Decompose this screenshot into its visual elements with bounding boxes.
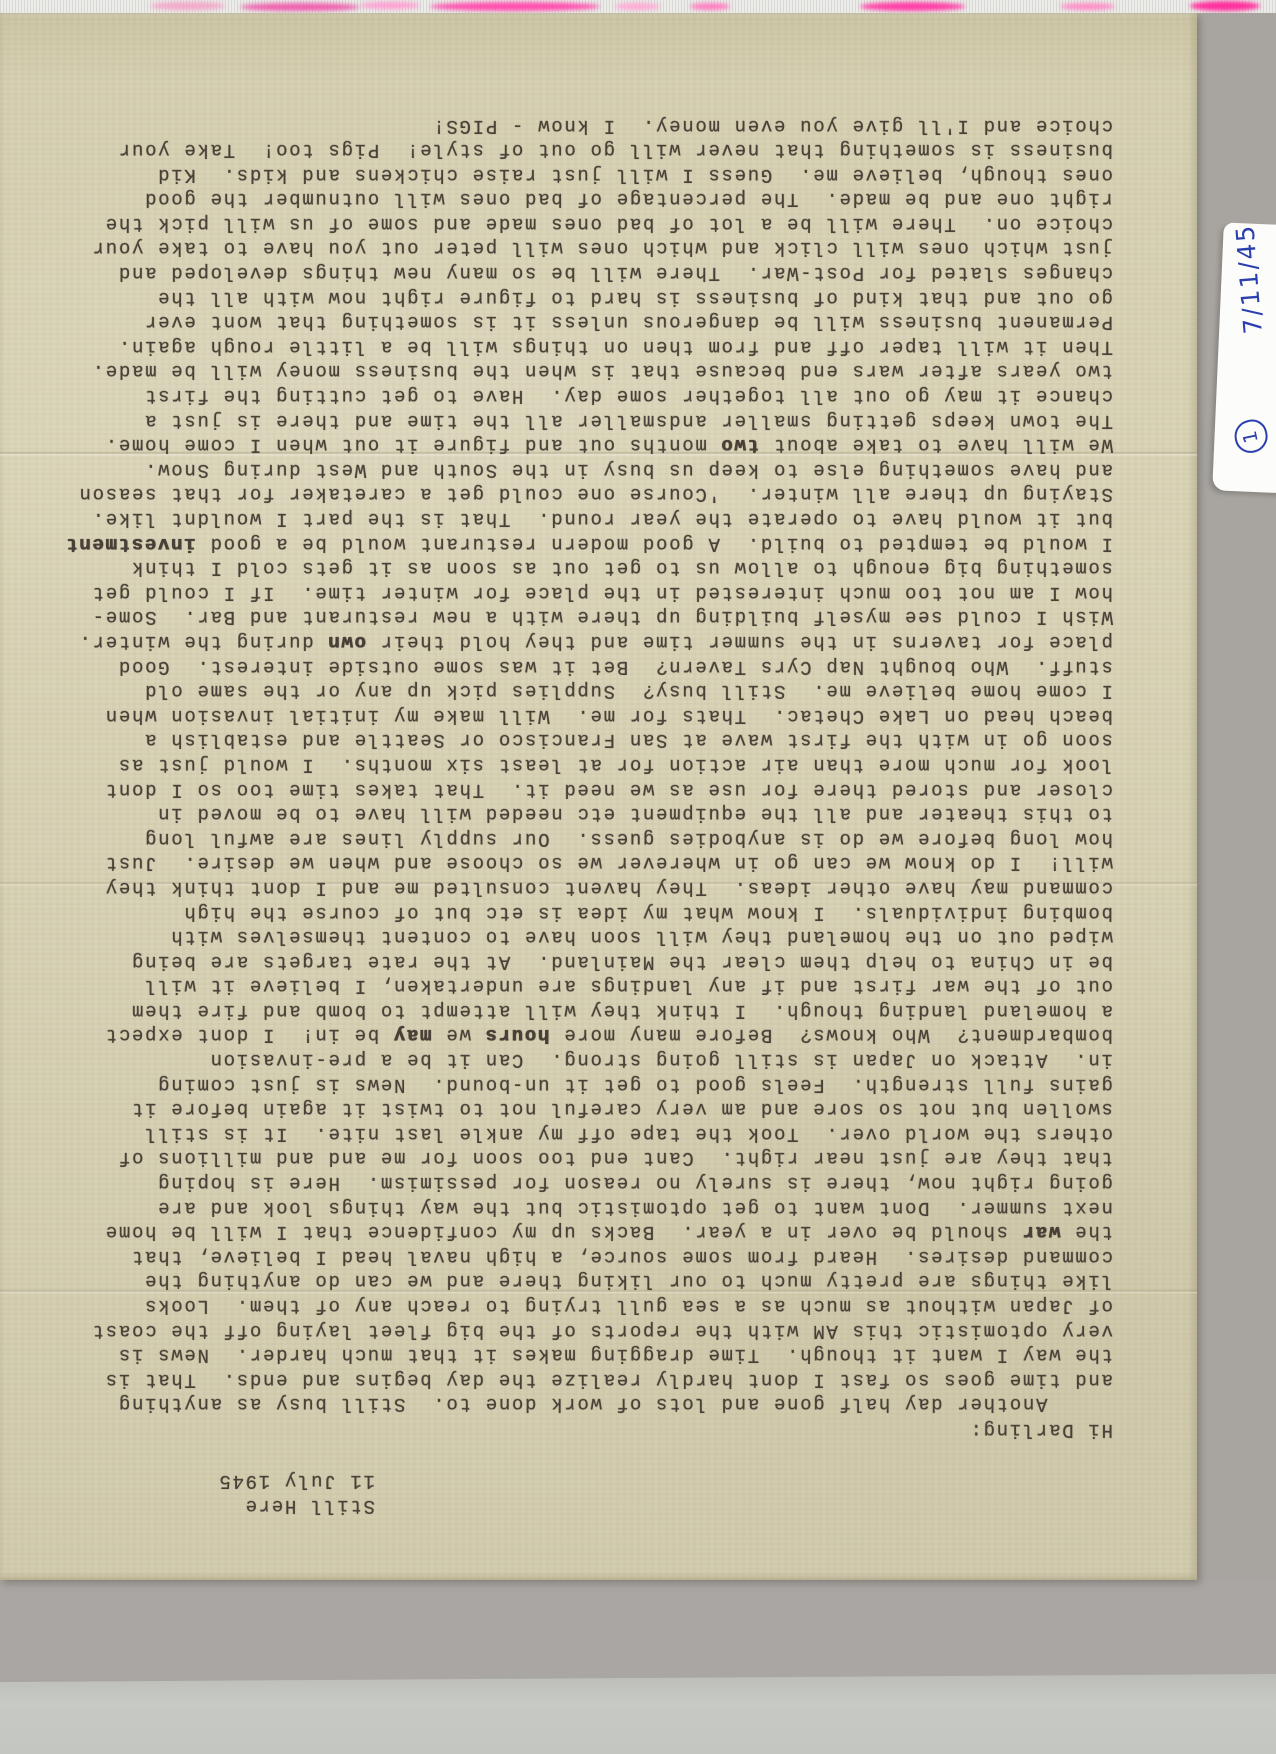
- letter-line: stuff. Who bought Nap Cyrs Tavern? Bet i…: [40, 654, 1113, 679]
- letter-line: The town keeps getting smaller andsmalle…: [40, 408, 1113, 433]
- letter-content-rotated: Still Here11 July 1945 Hi Darling: Anoth…: [0, 13, 1197, 1580]
- letter-line: going right now, there is surely no reas…: [40, 1170, 1113, 1195]
- letter-line: changes slated for Post-War. There will …: [40, 261, 1113, 286]
- letter-line: how long before we do is anybodies guess…: [40, 826, 1113, 851]
- letter-line: like things are pretty much to our likin…: [40, 1269, 1113, 1294]
- letter-line: and time goes so fast I dont hardly real…: [40, 1367, 1113, 1392]
- letter-line: beach head on Lake Chetac. Thats for me.…: [40, 703, 1113, 728]
- letter-line: Staying up there all winter. 'Course one…: [40, 482, 1113, 507]
- letter-salutation: Hi Darling:: [40, 1417, 1113, 1442]
- letter-text: Still Here11 July 1945 Hi Darling: Anoth…: [0, 113, 1197, 1580]
- letter-line: chance it may go out all together some d…: [40, 383, 1113, 408]
- scanner-bed-background: [0, 1580, 1276, 1680]
- letter-line: choice on. There will be a lot of bad on…: [40, 211, 1113, 236]
- letter-line: something big enough to allow us to get …: [40, 556, 1113, 581]
- page-number-digit: 1: [1239, 428, 1263, 444]
- pink-streak-artifact: [690, 3, 730, 10]
- pink-streak-artifact: [1060, 3, 1115, 10]
- pink-streak-artifact: [430, 2, 600, 11]
- letter-line: go out and that kind of business is hard…: [40, 285, 1113, 310]
- letter-line: but it would have to operate the year ro…: [40, 506, 1113, 531]
- sticker-circled-page-number: 1: [1232, 417, 1271, 456]
- letter-line: choice and I'll give you even money. I k…: [40, 113, 1113, 138]
- letter-line: just which ones will click and which one…: [40, 236, 1113, 261]
- pink-streak-artifact: [360, 2, 420, 9]
- letter-line: will! I do know we can go in wherever we…: [40, 851, 1113, 876]
- letter-line: look for much more than air action for a…: [40, 752, 1113, 777]
- pink-streak-artifact: [240, 3, 360, 11]
- letter-line: a homeland landing though. I think they …: [40, 998, 1113, 1023]
- letter-line: of Japan without as much as a sea gull t…: [40, 1293, 1113, 1318]
- letter-line: swollen but not so sore and am very care…: [40, 1097, 1113, 1122]
- letter-line: wiped out on the homeland they will soon…: [40, 925, 1113, 950]
- letter-line: Then it will taper off and from then on …: [40, 334, 1113, 359]
- letter-line: out of the war first and if any landings…: [40, 974, 1113, 999]
- letter-line: the war should be over in a year. Backs …: [40, 1220, 1113, 1245]
- letter-line: the way I want it though. Time dragging …: [40, 1343, 1113, 1368]
- letter-line: soon go in with the first wave at San Fr…: [40, 728, 1113, 753]
- letter-line: others the world over. Took the tape off…: [40, 1121, 1113, 1146]
- letter-line: that they are just near right. Cant end …: [40, 1146, 1113, 1171]
- letter-line: Permanent business will be dangerous unl…: [40, 310, 1113, 335]
- letter-line: command may have other ideas. They haven…: [40, 875, 1113, 900]
- letter-line: gains full strength. Feels good to get i…: [40, 1072, 1113, 1097]
- letter-line: next summer. Dont want to get optomistic…: [40, 1195, 1113, 1220]
- pink-streak-artifact: [1190, 1, 1260, 11]
- letter-line: business is something that never will go…: [40, 138, 1113, 163]
- letter-line: Wish I could see myself building up ther…: [40, 605, 1113, 630]
- letter-body: Another day half gone and lots of work d…: [40, 113, 1113, 1416]
- letter-line: 11 July 1945: [40, 1468, 375, 1493]
- pink-streak-artifact: [615, 3, 660, 10]
- letter-line: right one and be made. The percentage of…: [40, 187, 1113, 212]
- letter-line: how I am not too much interested in the …: [40, 580, 1113, 605]
- letter-line: I come home believe me. Still busy? Supp…: [40, 679, 1113, 704]
- letter-line: closer and stored there for use as we ne…: [40, 777, 1113, 802]
- letter-line: in. Attack on Japan is still going stron…: [40, 1048, 1113, 1073]
- letter-line: bombing individuals. I know what my idea…: [40, 900, 1113, 925]
- letter-line: and have something else to keep us busy …: [40, 457, 1113, 482]
- scanned-letter-page: { "scan": { "paper_color": "#d8d2b5", "i…: [0, 0, 1276, 1754]
- letter-line: two years after wars end because that is…: [40, 359, 1113, 384]
- letter-paper: Still Here11 July 1945 Hi Darling: Anoth…: [0, 13, 1197, 1580]
- archival-sticker: 7/11/45 1: [1212, 222, 1276, 493]
- letter-heading: Still Here11 July 1945: [40, 1468, 375, 1518]
- letter-line: bombardment? Who knows? Before many more…: [40, 1023, 1113, 1048]
- letter-line: Still Here: [40, 1493, 375, 1518]
- letter-line: to this theater and all the equipment et…: [40, 802, 1113, 827]
- pink-streak-artifact: [860, 2, 965, 11]
- letter-line: Another day half gone and lots of work d…: [40, 1392, 1113, 1417]
- letter-line: be in China to help them clear the Mainl…: [40, 949, 1113, 974]
- letter-line: I would be tempted to build. A good mode…: [40, 531, 1113, 556]
- letter-line: place for taverns in the summer time and…: [40, 629, 1113, 654]
- letter-line: very optomistic this AM with the reports…: [40, 1318, 1113, 1343]
- letter-line: ones though, believe me. Guess I will ju…: [40, 162, 1113, 187]
- letter-line: command desires. Heard from some source,…: [40, 1244, 1113, 1269]
- letter-line: We will have to take about two months ou…: [40, 433, 1113, 458]
- sticker-handwritten-date: 7/11/45: [1230, 223, 1268, 335]
- scanner-lid-edge: [0, 1674, 1276, 1754]
- pink-streak-artifact: [150, 2, 225, 10]
- scanner-edge-strip: [0, 0, 1276, 13]
